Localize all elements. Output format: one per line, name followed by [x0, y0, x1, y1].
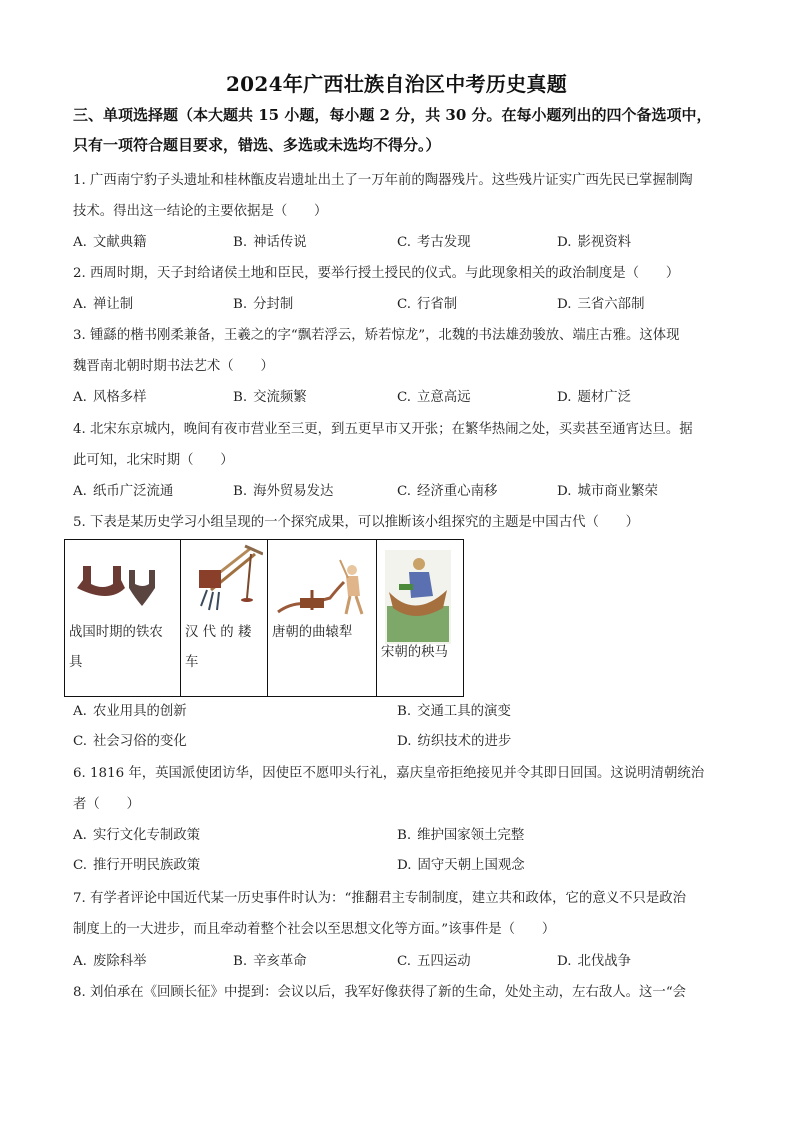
option-text: 海外贸易发达 [253, 484, 333, 499]
question-2-option-b[interactable]: B.分封制 [233, 295, 293, 315]
question-1-stem-line-2: 技术。得出这一结论的主要依据是（ ） [73, 202, 733, 222]
exam-page: 2024年广西壮族自治区中考历史真题 三、单项选择题（本大题共 15 小题，每小… [0, 0, 793, 1122]
question-3-stem-line-1: 3. 锺繇的楷书刚柔兼备，王羲之的字“飘若浮云，矫若惊龙”，北魏的书法雄劲骏放、… [73, 326, 733, 346]
option-key: C. [397, 235, 411, 250]
question-4-option-b[interactable]: B.海外贸易发达 [233, 482, 333, 502]
question-3-option-c[interactable]: C.立意高远 [397, 388, 471, 408]
option-text: 交流频繁 [253, 390, 307, 405]
caption-line-1: 汉 代 的 耧 [185, 618, 263, 648]
option-text: 城市商业繁荣 [578, 484, 658, 499]
option-key: A. [73, 390, 87, 405]
question-7-option-c[interactable]: C.五四运动 [397, 952, 471, 972]
seed-drill-image [185, 540, 263, 618]
question-4-stem-line-1: 4. 北宋东京城内，晚间有夜市营业至三更，到五更早市又开张；在繁华热闹之处，买卖… [73, 420, 733, 440]
option-text: 交通工具的演变 [417, 704, 511, 719]
table-cell-song: 宋朝的秧马 [377, 540, 464, 697]
option-text: 文献典籍 [93, 235, 147, 250]
option-key: D. [557, 235, 572, 250]
option-text: 行省制 [417, 297, 457, 312]
option-key: D. [397, 734, 412, 749]
option-key: D. [557, 954, 572, 969]
question-2-options: A.禅让制 B.分封制 C.行省制 D.三省六部制 [73, 295, 733, 315]
question-7-option-b[interactable]: B.辛亥革命 [233, 952, 307, 972]
option-key: A. [73, 297, 87, 312]
option-key: B. [397, 704, 411, 719]
option-text: 实行文化专制政策 [93, 828, 200, 843]
question-2-stem-line-1: 2. 西周时期，天子封给诸侯土地和臣民，要举行授土授民的仪式。与此现象相关的政治… [73, 264, 733, 284]
question-8-stem-line-1: 8. 刘伯承在《回顾长征》中提到：会议以后，我军好像获得了新的生命，处处主动，左… [73, 983, 733, 1003]
option-text: 分封制 [253, 297, 293, 312]
option-text: 考古发现 [417, 235, 471, 250]
question-5-stem-line-1: 5. 下表是某历史学习小组呈现的一个探究成果，可以推断该小组探究的主题是中国古代… [73, 513, 733, 533]
option-key: B. [233, 954, 247, 969]
seedling-horse-image [381, 540, 459, 638]
question-4-option-d[interactable]: D.城市商业繁荣 [557, 482, 658, 502]
option-key: C. [73, 858, 87, 873]
option-key: A. [73, 704, 87, 719]
option-key: A. [73, 484, 87, 499]
option-text: 社会习俗的变化 [93, 734, 187, 749]
question-4-option-a[interactable]: A.纸币广泛流通 [73, 482, 173, 502]
question-6-option-a[interactable]: A.实行文化专制政策 [73, 826, 200, 846]
option-key: A. [73, 235, 87, 250]
caption-line-1: 战国时期的铁农 [69, 618, 176, 648]
option-text: 推行开明民族政策 [93, 858, 200, 873]
option-key: B. [233, 235, 247, 250]
option-key: D. [397, 858, 412, 873]
option-key: C. [397, 390, 411, 405]
question-2-option-c[interactable]: C.行省制 [397, 295, 457, 315]
option-text: 立意高远 [417, 390, 471, 405]
table-cell-han: 汉 代 的 耧 车 [181, 540, 268, 697]
question-6-option-d[interactable]: D.固守天朝上国观念 [397, 856, 525, 876]
farm-tools-table: 战国时期的铁农 具 汉 代 [64, 539, 464, 697]
option-text: 固守天朝上国观念 [418, 858, 525, 873]
option-key: B. [233, 297, 247, 312]
option-key: C. [73, 734, 87, 749]
question-6-option-c[interactable]: C.推行开明民族政策 [73, 856, 200, 876]
option-key: D. [557, 297, 572, 312]
table-cell-tang: 唐朝的曲辕犁 [268, 540, 377, 697]
question-1-stem-line-1: 1. 广西南宁豹子头遗址和桂林甑皮岩遗址出土了一万年前的陶器残片。这些残片证实广… [73, 171, 733, 191]
option-text: 五四运动 [417, 954, 471, 969]
question-3-stem-line-2: 魏晋南北朝时期书法艺术（ ） [73, 357, 733, 377]
question-2-option-a[interactable]: A.禅让制 [73, 295, 133, 315]
question-6-stem-line-2: 者（ ） [73, 795, 733, 815]
option-key: B. [233, 390, 247, 405]
option-key: C. [397, 297, 411, 312]
option-text: 三省六部制 [578, 297, 645, 312]
iron-farm-tools-image [69, 540, 176, 618]
question-1-options: A.文献典籍 B.神话传说 C.考古发现 D.影视资料 [73, 233, 733, 253]
option-key: A. [73, 828, 87, 843]
table-cell-warring-states: 战国时期的铁农 具 [65, 540, 181, 697]
question-6-stem-line-1: 6. 1816 年，英国派使团访华，因使臣不愿叩头行礼，嘉庆皇帝拒绝接见并令其即… [73, 764, 733, 784]
question-5-option-a[interactable]: A.农业用具的创新 [73, 702, 187, 722]
option-text: 禅让制 [93, 297, 133, 312]
question-3-option-b[interactable]: B.交流频繁 [233, 388, 307, 408]
option-text: 影视资料 [578, 235, 632, 250]
option-key: D. [557, 484, 572, 499]
question-1-option-d[interactable]: D.影视资料 [557, 233, 631, 253]
question-1-option-b[interactable]: B.神话传说 [233, 233, 307, 253]
option-text: 废除科举 [93, 954, 147, 969]
curved-plow-image [272, 540, 372, 618]
option-text: 农业用具的创新 [93, 704, 187, 719]
section-heading-line-1: 三、单项选择题（本大题共 15 小题，每小题 2 分，共 30 分。在每小题列出… [73, 100, 733, 130]
question-6-options: A.实行文化专制政策 B.维护国家领土完整 C.推行开明民族政策 D.固守天朝上… [73, 826, 733, 846]
question-6-option-b[interactable]: B.维护国家领土完整 [397, 826, 524, 846]
question-4-stem-line-2: 此可知，北宋时期（ ） [73, 451, 733, 471]
caption-line-2: 车 [185, 648, 263, 678]
question-5-option-b[interactable]: B.交通工具的演变 [397, 702, 511, 722]
option-text: 风格多样 [93, 390, 147, 405]
question-7-options: A.废除科举 B.辛亥革命 C.五四运动 D.北伐战争 [73, 952, 733, 972]
question-5-option-d[interactable]: D.纺织技术的进步 [397, 732, 511, 752]
question-7-stem-line-2: 制度上的一大进步，而且牵动着整个社会以至思想文化等方面。”该事件是（ ） [73, 920, 733, 940]
option-text: 题材广泛 [578, 390, 632, 405]
question-7-option-d[interactable]: D.北伐战争 [557, 952, 631, 972]
option-key: B. [233, 484, 247, 499]
caption-line-2: 具 [69, 648, 176, 678]
option-text: 维护国家领土完整 [417, 828, 524, 843]
section-heading-line-2: 只有一项符合题目要求，错选、多选或未选均不得分。） [73, 130, 733, 160]
option-text: 经济重心南移 [417, 484, 497, 499]
question-7-stem-line-1: 7. 有学者评论中国近代某一历史事件时认为：“推翻君主专制制度，建立共和政体，它… [73, 889, 733, 909]
option-key: D. [557, 390, 572, 405]
question-5-option-c[interactable]: C.社会习俗的变化 [73, 732, 187, 752]
option-key: C. [397, 484, 411, 499]
option-text: 神话传说 [253, 235, 307, 250]
option-text: 辛亥革命 [253, 954, 307, 969]
page-title: 2024年广西壮族自治区中考历史真题 [0, 68, 793, 97]
question-4-option-c[interactable]: C.经济重心南移 [397, 482, 497, 502]
question-3-option-d[interactable]: D.题材广泛 [557, 388, 631, 408]
question-1-option-c[interactable]: C.考古发现 [397, 233, 471, 253]
caption-line-1: 唐朝的曲辕犁 [272, 618, 372, 648]
question-1-option-a[interactable]: A.文献典籍 [73, 233, 147, 253]
option-text: 纺织技术的进步 [418, 734, 512, 749]
question-4-options: A.纸币广泛流通 B.海外贸易发达 C.经济重心南移 D.城市商业繁荣 [73, 482, 733, 502]
question-5-options: A.农业用具的创新 B.交通工具的演变 C.社会习俗的变化 D.纺织技术的进步 [73, 702, 733, 722]
question-2-option-d[interactable]: D.三省六部制 [557, 295, 644, 315]
option-key: A. [73, 954, 87, 969]
option-key: C. [397, 954, 411, 969]
question-3-options: A.风格多样 B.交流频繁 C.立意高远 D.题材广泛 [73, 388, 733, 408]
option-text: 纸币广泛流通 [93, 484, 173, 499]
question-7-option-a[interactable]: A.废除科举 [73, 952, 147, 972]
question-3-option-a[interactable]: A.风格多样 [73, 388, 147, 408]
option-key: B. [397, 828, 411, 843]
option-text: 北伐战争 [578, 954, 632, 969]
